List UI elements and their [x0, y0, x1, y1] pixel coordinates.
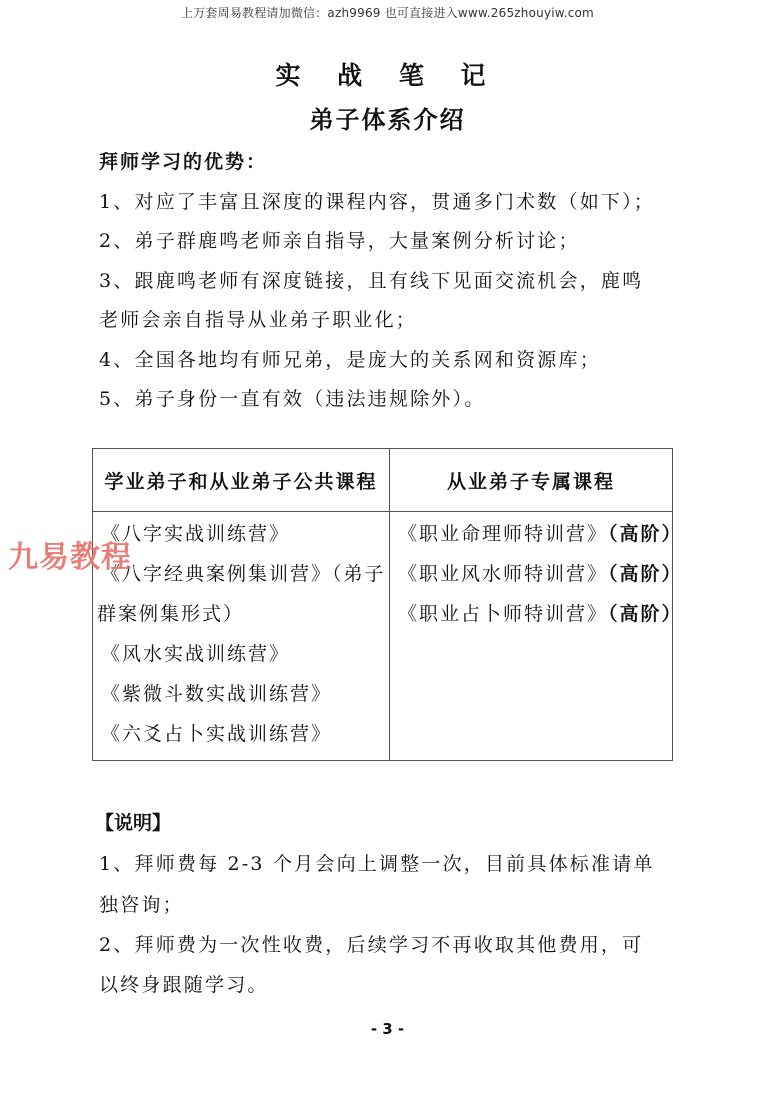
header-professional-courses: 从业弟子专属课程: [390, 449, 673, 512]
professional-courses-cell: 《职业命理师特训营》（高阶） 《职业风水师特训营》（高阶） 《职业占卜师特训营》…: [390, 512, 673, 761]
advantages-heading: 拜师学习的优势：: [99, 147, 267, 174]
common-course-item: 《六爻占卜实战训练营》: [93, 714, 389, 754]
common-course-item: 《八字实战训练营》: [93, 514, 389, 554]
note-line-2-cont: 以终身跟随学习。: [99, 970, 269, 997]
header-common-courses: 学业弟子和从业弟子公共课程: [93, 449, 390, 512]
course-table-header-row: 学业弟子和从业弟子公共课程 从业弟子专属课程: [93, 449, 673, 512]
course-level: （高阶）: [608, 523, 683, 545]
course-table-body-row: 《八字实战训练营》 《八字经典案例集训营》（弟子 群案例集形式） 《风水实战训练…: [93, 512, 673, 761]
note-line-2: 2、拜师费为一次性收费，后续学习不再收取其他费用，可: [99, 930, 643, 957]
common-course-item: 《风水实战训练营》: [93, 634, 389, 674]
professional-course-item: 《职业命理师特训营》（高阶）: [390, 514, 672, 554]
professional-course-item: 《职业风水师特训营》（高阶）: [390, 554, 672, 594]
common-course-item: 《八字经典案例集训营》（弟子: [93, 554, 389, 594]
advantage-line-3-cont: 老师会亲自指导从业弟子职业化；: [99, 305, 417, 332]
course-name: 《职业占卜师特训营》: [398, 603, 608, 625]
course-table: 学业弟子和从业弟子公共课程 从业弟子专属课程 《八字实战训练营》 《八字经典案例…: [92, 448, 673, 761]
course-name: 《职业命理师特训营》: [398, 523, 608, 545]
note-line-1-cont: 独咨询；: [99, 890, 184, 917]
advantage-line-1: 1、对应了丰富且深度的课程内容，贯通多门术数（如下）；: [99, 187, 655, 214]
advantage-line-5: 5、弟子身份一直有效（违法违规除外）。: [99, 384, 485, 411]
advantage-line-2: 2、弟子群鹿鸣老师亲自指导，大量案例分析讨论；: [99, 226, 580, 253]
course-level: （高阶）: [608, 603, 683, 625]
course-level: （高阶）: [608, 563, 683, 585]
notes-heading: 【说明】: [95, 808, 171, 835]
advantage-line-4: 4、全国各地均有师兄弟，是庞大的关系网和资源库；: [99, 345, 601, 372]
header-banner: 上万套周易教程请加微信：azh9969 也可直接进入www.265zhouyiw…: [0, 4, 775, 21]
advantage-line-3: 3、跟鹿鸣老师有深度链接，且有线下见面交流机会，鹿鸣: [99, 266, 643, 293]
common-course-item: 《紫微斗数实战训练营》: [93, 674, 389, 714]
note-line-1: 1、拜师费每 2-3 个月会向上调整一次，目前具体标准请单: [99, 849, 655, 876]
course-name: 《职业风水师特训营》: [398, 563, 608, 585]
common-course-item-cont: 群案例集形式）: [93, 594, 389, 634]
watermark-logo: 九易教程: [8, 532, 132, 576]
document-title: 实 战 笔 记: [0, 56, 775, 92]
common-courses-cell: 《八字实战训练营》 《八字经典案例集训营》（弟子 群案例集形式） 《风水实战训练…: [93, 512, 390, 761]
page-number: - 3 -: [0, 1020, 775, 1038]
professional-course-item: 《职业占卜师特训营》（高阶）: [390, 594, 672, 634]
document-subtitle: 弟子体系介绍: [0, 100, 775, 135]
